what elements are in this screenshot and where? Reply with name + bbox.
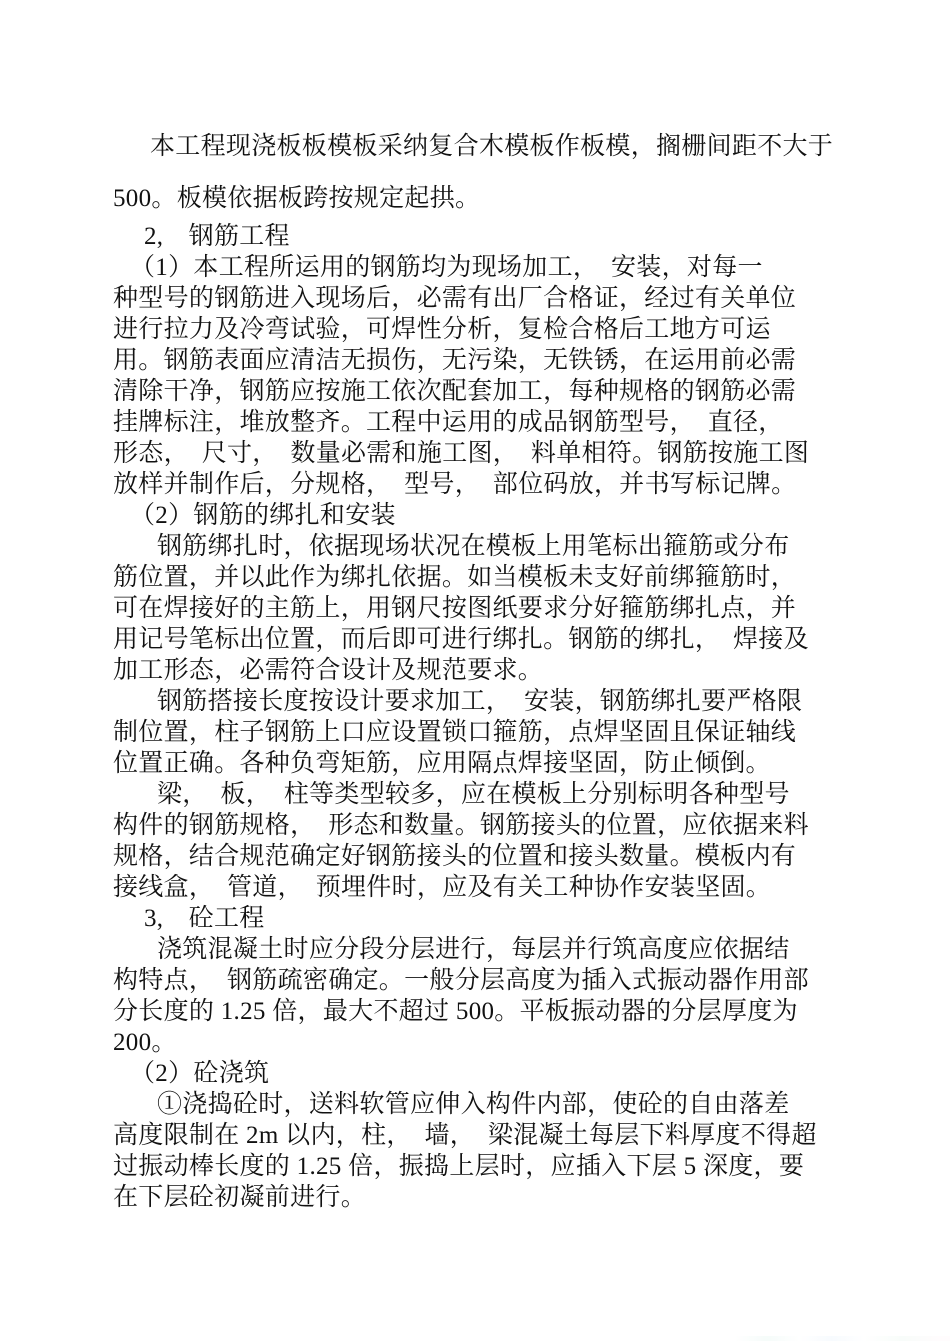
document-canvas: { "page": { "background_color": "#ffffff… — [0, 0, 950, 1341]
text-line: 清除干净，钢筋应按施工依次配套加工，每种规格的钢筋必需 — [113, 376, 873, 407]
text-line: 用。钢筋表面应清洁无损伤，无污染，无铁锈，在运用前必需 — [113, 345, 873, 376]
text-line: 挂牌标注，堆放整齐。工程中运用的成品钢筋型号， 直径， — [113, 407, 873, 438]
text-line: 本工程现浇板板模板采纳复合木模板作板模，搁栅间距不大于 — [113, 131, 873, 162]
text-line: 位置正确。各种负弯矩筋，应用隔点焊接坚固，防止倾倒。 — [113, 748, 873, 779]
text-line: 钢筋搭接长度按设计要求加工， 安装，钢筋绑扎要严格限 — [113, 686, 873, 717]
text-line: 在下层砼初凝前进行。 — [113, 1182, 873, 1213]
text-line: 高度限制在 2m 以内，柱， 墙， 梁混凝土每层下料厚度不得超 — [113, 1120, 873, 1151]
heading-line: （2）砼浇筑 — [113, 1058, 873, 1089]
paragraph-formwork: 本工程现浇板板模板采纳复合木模板作板模，搁栅间距不大于 500。板模依据板跨按规… — [113, 131, 873, 214]
text-line: 过振动棒长度的 1.25 倍，振捣上层时，应插入下层 5 深度，要 — [113, 1151, 873, 1182]
heading-rebar-tying: （2）钢筋的绑扎和安装 — [113, 500, 873, 531]
heading-line: 3, 砼工程 — [113, 903, 873, 934]
text-line: 钢筋绑扎时，依据现场状况在模板上用笔标出箍筋或分布 — [113, 531, 873, 562]
heading-line: （2）钢筋的绑扎和安装 — [113, 500, 873, 531]
text-line: 构件的钢筋规格， 形态和数量。钢筋接头的位置，应依据来料 — [113, 810, 873, 841]
text-line: 用记号笔标出位置，而后即可进行绑扎。钢筋的绑扎， 焊接及 — [113, 624, 873, 655]
text-line: 构特点， 钢筋疏密确定。一般分层高度为插入式振动器作用部 — [113, 965, 873, 996]
heading-line: 2, 钢筋工程 — [113, 221, 873, 252]
heading-concrete-works: 3, 砼工程 — [113, 903, 873, 934]
bottom-edge-artifact — [735, 1336, 950, 1341]
text-line: 加工形态，必需符合设计及规范要求。 — [113, 655, 873, 686]
text-line: 浇筑混凝土时应分段分层进行，每层并行筑高度应依据结 — [113, 934, 873, 965]
heading-concrete-pouring: （2）砼浇筑 — [113, 1058, 873, 1089]
paragraph-tying-method: 钢筋绑扎时，依据现场状况在模板上用笔标出箍筋或分布 筋位置，并以此作为绑扎依据。… — [113, 531, 873, 686]
text-line: 梁， 板， 柱等类型较多，应在模板上分别标明各种型号 — [113, 779, 873, 810]
paragraph-rebar-processing: （1）本工程所运用的钢筋均为现场加工， 安装，对每一 种型号的钢筋进入现场后，必… — [113, 252, 873, 500]
text-line: （1）本工程所运用的钢筋均为现场加工， 安装，对每一 — [113, 252, 873, 283]
paragraph-pouring-detail: ①浇捣砼时，送料软管应伸入构件内部，使砼的自由落差 高度限制在 2m 以内，柱，… — [113, 1089, 873, 1213]
text-line: 500。板模依据板跨按规定起拱。 — [113, 183, 873, 214]
paragraph-member-marking: 梁， 板， 柱等类型较多，应在模板上分别标明各种型号 构件的钢筋规格， 形态和数… — [113, 779, 873, 903]
text-line: 制位置，柱子钢筋上口应设置锁口箍筋，点焊坚固且保证轴线 — [113, 717, 873, 748]
document-page: 本工程现浇板板模板采纳复合木模板作板模，搁栅间距不大于 500。板模依据板跨按规… — [113, 131, 873, 1213]
text-line: 规格，结合规范确定好钢筋接头的位置和接头数量。模板内有 — [113, 841, 873, 872]
text-line: 进行拉力及冷弯试验，可焊性分析，复检合格后工地方可运 — [113, 314, 873, 345]
text-line: ①浇捣砼时，送料软管应伸入构件内部，使砼的自由落差 — [113, 1089, 873, 1120]
text-line: 筋位置，并以此作为绑扎依据。如当模板未支好前绑箍筋时， — [113, 562, 873, 593]
text-line: 200。 — [113, 1027, 873, 1058]
paragraph-lap-length: 钢筋搭接长度按设计要求加工， 安装，钢筋绑扎要严格限 制位置，柱子钢筋上口应设置… — [113, 686, 873, 779]
text-line: 放样并制作后，分规格， 型号， 部位码放，并书写标记牌。 — [113, 469, 873, 500]
text-line: 接线盒， 管道， 预埋件时，应及有关工种协作安装坚固。 — [113, 872, 873, 903]
paragraph-pouring-layers: 浇筑混凝土时应分段分层进行，每层并行筑高度应依据结 构特点， 钢筋疏密确定。一般… — [113, 934, 873, 1058]
heading-rebar-works: 2, 钢筋工程 — [113, 221, 873, 252]
text-line: 形态， 尺寸， 数量必需和施工图， 料单相符。钢筋按施工图 — [113, 438, 873, 469]
text-line: 种型号的钢筋进入现场后，必需有出厂合格证，经过有关单位 — [113, 283, 873, 314]
text-line: 分长度的 1.25 倍，最大不超过 500。平板振动器的分层厚度为 — [113, 996, 873, 1027]
text-line: 可在焊接好的主筋上，用钢尺按图纸要求分好箍筋绑扎点，并 — [113, 593, 873, 624]
